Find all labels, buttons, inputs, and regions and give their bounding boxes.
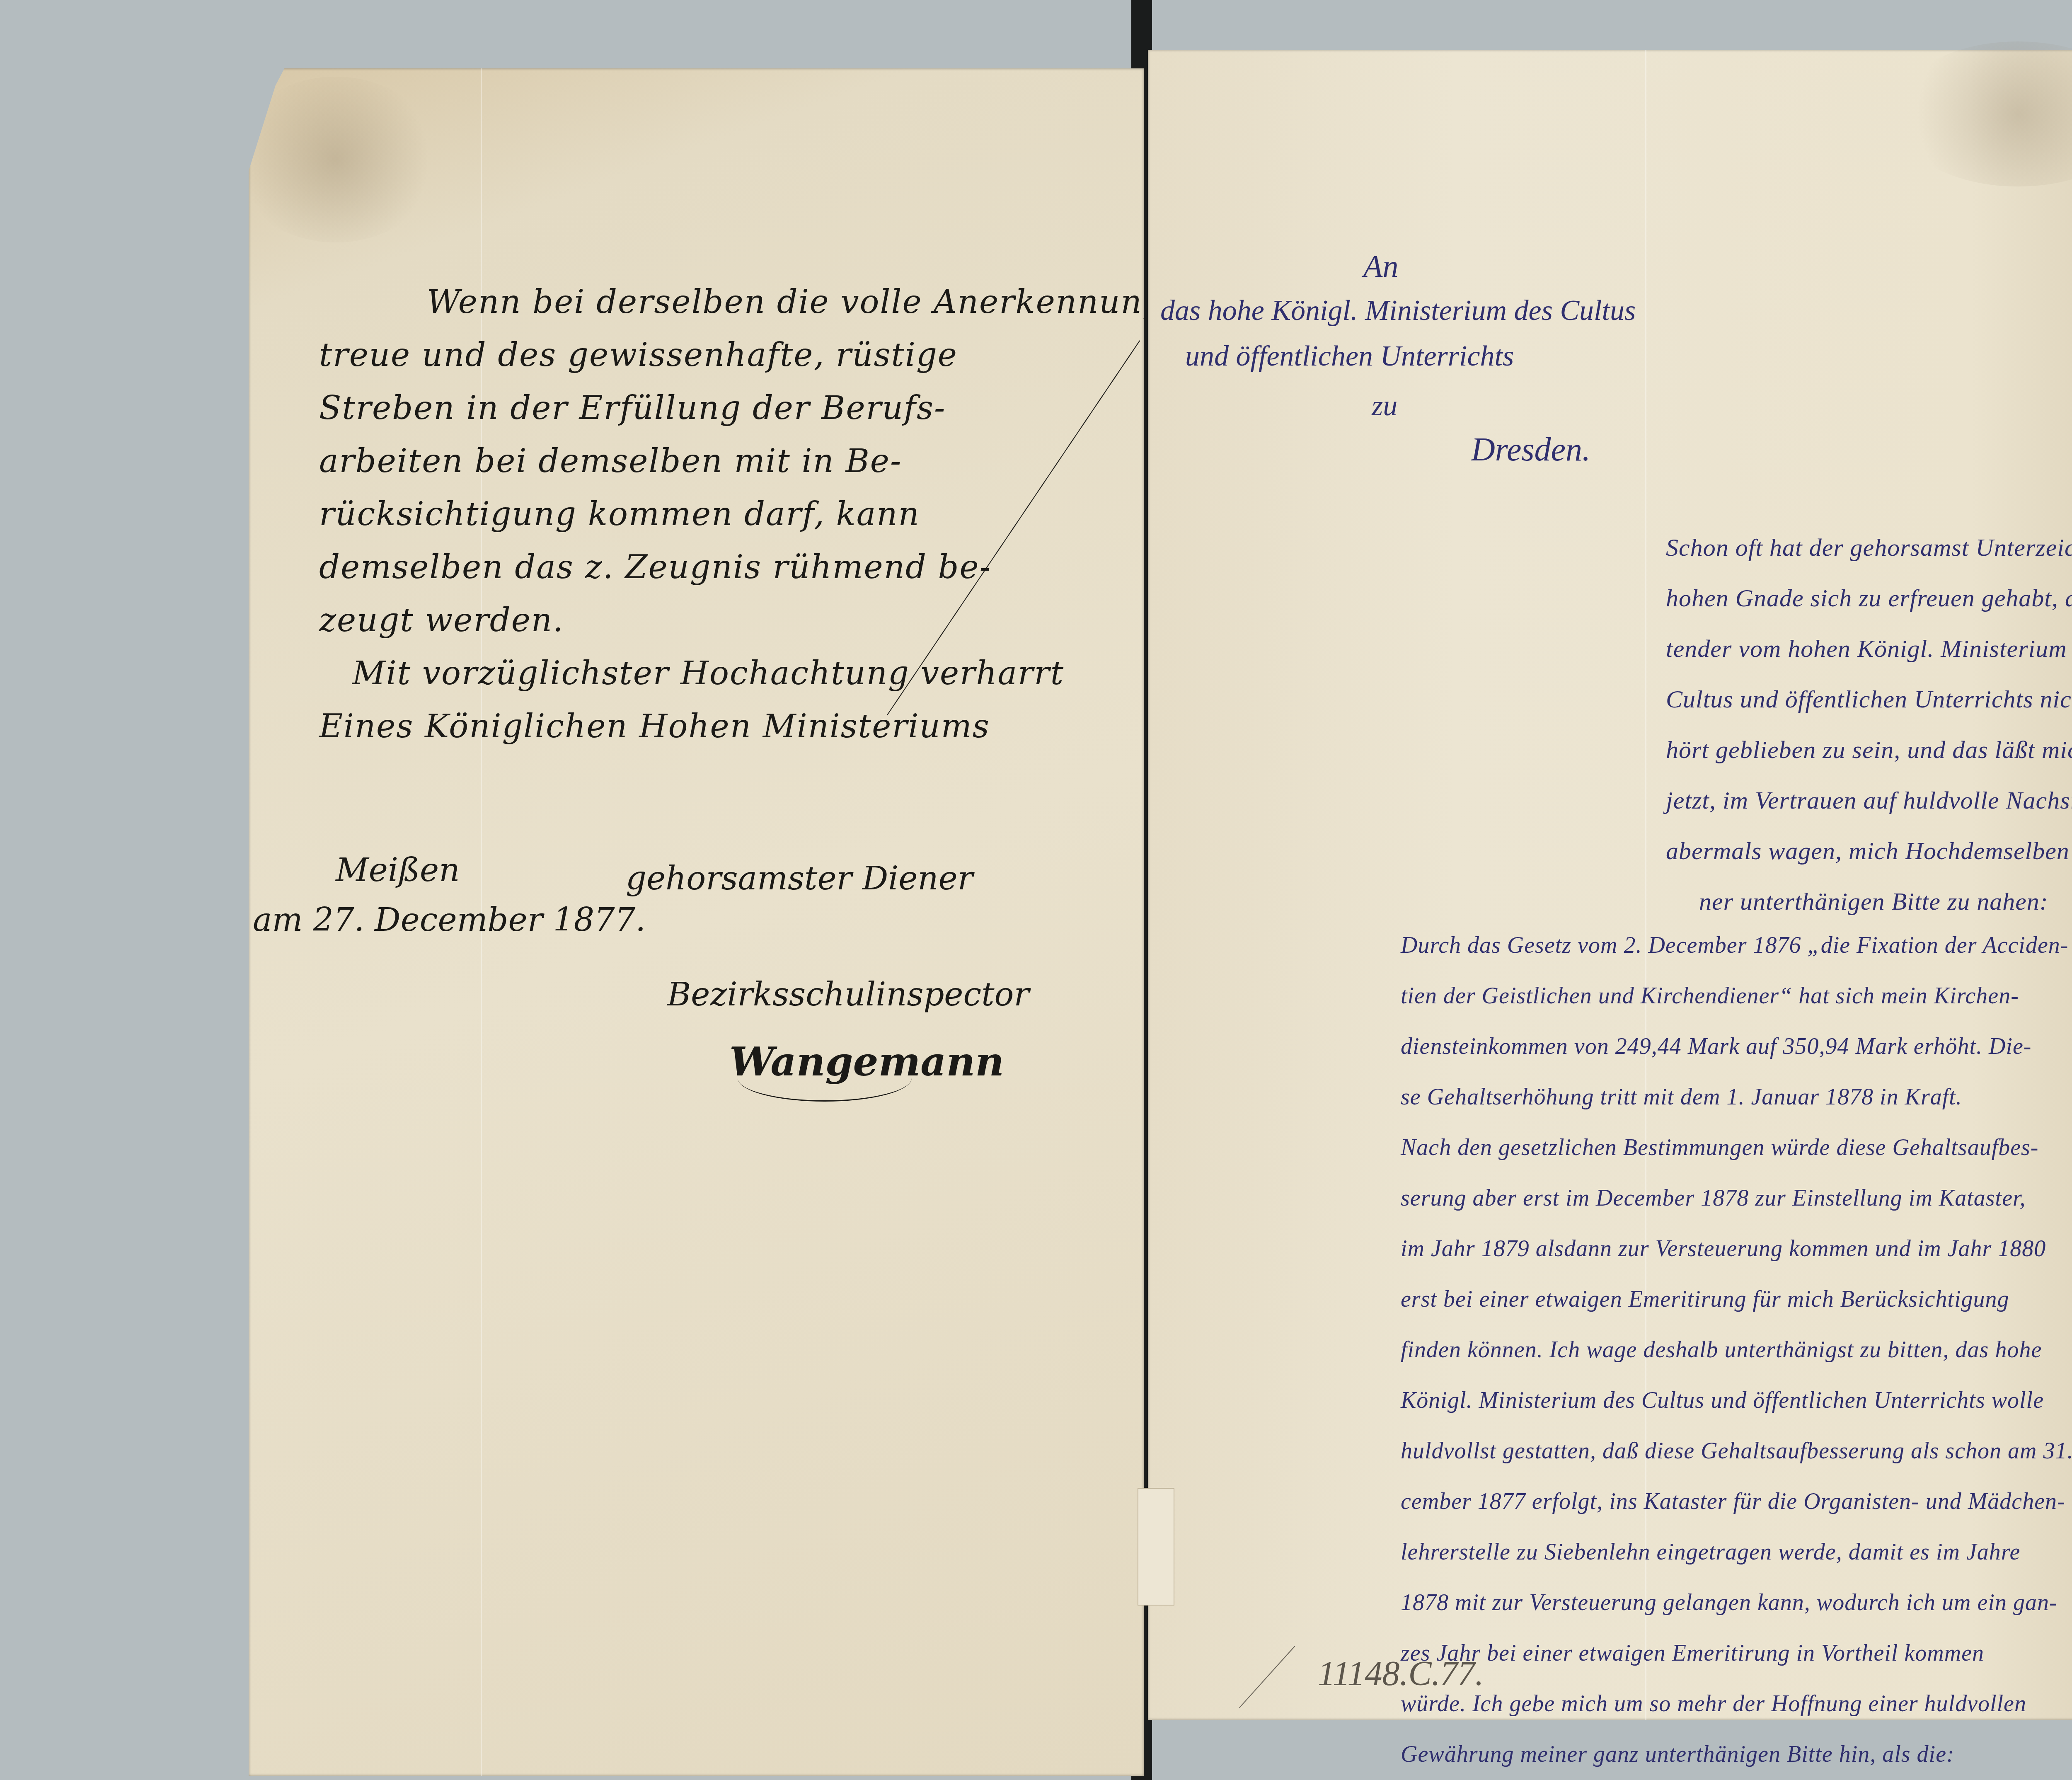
intro-text: Schon oft hat der gehorsamst Unterzeichn… (1666, 522, 2072, 927)
address-line-2: und öffentlichen Unterrichts (1185, 340, 1514, 373)
body-line: zes Jahr bei einer etwaigen Emeritirung … (1401, 1628, 2072, 1678)
intro-line: hohen Gnade sich zu erfreuen gehabt, als… (1666, 573, 2072, 623)
paper-stain (1894, 41, 2072, 186)
official-title: Bezirksschulinspector (667, 976, 1029, 1013)
left-body-line: Wenn bei derselben die volle Anerkennung (319, 276, 1164, 329)
signoff: gehorsamster Diener (626, 860, 973, 897)
binding-tab (1138, 1488, 1174, 1606)
body-line: würde. Ich gebe mich um so mehr der Hoff… (1401, 1678, 2072, 1729)
left-body-line: Streben in der Erfüllung der Berufs- (319, 382, 1164, 435)
body-line: Nach den gesetzlichen Bestimmungen würde… (1401, 1122, 2072, 1173)
body-line: im Jahr 1879 alsdann zur Versteuerung ko… (1401, 1223, 2072, 1274)
body-line: serung aber erst im December 1878 zur Ei… (1401, 1173, 2072, 1223)
body-line: se Gehaltserhöhung tritt mit dem 1. Janu… (1401, 1072, 2072, 1122)
left-body-line: demselben das z. Zeugnis rühmend be- (319, 541, 1164, 594)
intro-line: tender vom hohen Königl. Ministerium des (1666, 623, 2072, 674)
intro-line: Schon oft hat der gehorsamst Unterzeichn… (1666, 522, 2072, 573)
body-line: erst bei einer etwaigen Emeritirung für … (1401, 1274, 2072, 1325)
address-to: An (1363, 249, 1398, 285)
paper-stain (232, 77, 439, 242)
address-city: Dresden. (1471, 431, 1590, 469)
intro-line: abermals wagen, mich Hochdemselben mit e… (1666, 826, 2072, 876)
signature-flourish (738, 1055, 912, 1102)
closing-line: Mit vorzüglichster Hochachtung verharrt (319, 647, 1164, 700)
left-body-line: arbeiten bei demselben mit in Be- (319, 435, 1164, 488)
archive-signature: 11148.C.77. (1318, 1654, 1484, 1694)
body-line: lehrerstelle zu Siebenlehn eingetragen w… (1401, 1527, 2072, 1577)
intro-line: jetzt, im Vertrauen auf huldvolle Nachsi… (1666, 775, 2072, 826)
body-line: Gewährung meiner ganz unterthänigen Bitt… (1401, 1729, 2072, 1780)
right-page: An das hohe Königl. Ministerium des Cult… (1148, 50, 2072, 1720)
left-page: Wenn bei derselben die volle Anerkennung… (249, 68, 1144, 1776)
body-line: Königl. Ministerium des Cultus und öffen… (1401, 1375, 2072, 1426)
body-line: diensteinkommen von 249,44 Mark auf 350,… (1401, 1021, 2072, 1072)
left-body-line: zeugt werden. (319, 594, 1164, 647)
address-zu: zu (1372, 390, 1397, 423)
left-body-text: Wenn bei derselben die volle Anerkennung… (319, 276, 1164, 753)
left-body-line: rücksichtigung kommen darf, kann (319, 488, 1164, 541)
body-line: tien der Geistlichen und Kirchendiener“ … (1401, 971, 2072, 1021)
body-line: huldvollst gestatten, daß diese Gehaltsa… (1401, 1426, 2072, 1476)
main-body-text: Durch das Gesetz vom 2. December 1876 „d… (1401, 920, 2072, 1780)
left-body-line: treue und des gewissenhafte, rüstige (319, 329, 1164, 382)
closing-line: Eines Königlichen Hohen Ministeriums (319, 700, 1164, 753)
letter-date: am 27. December 1877. (253, 901, 646, 939)
place-name: Meißen (336, 852, 460, 889)
body-line: 1878 mit zur Versteuerung gelangen kann,… (1401, 1577, 2072, 1628)
body-line: cember 1877 erfolgt, ins Kataster für di… (1401, 1476, 2072, 1527)
intro-line: ner unterthänigen Bitte zu nahen: (1666, 876, 2072, 927)
intro-line: Cultus und öffentlichen Unterrichts nich… (1666, 674, 2072, 724)
body-line: Durch das Gesetz vom 2. December 1876 „d… (1401, 920, 2072, 971)
body-line: finden können. Ich wage deshalb unterthä… (1401, 1325, 2072, 1375)
address-line-1: das hohe Königl. Ministerium des Cultus (1160, 294, 1636, 327)
intro-line: hört geblieben zu sein, und das läßt mic… (1666, 724, 2072, 775)
